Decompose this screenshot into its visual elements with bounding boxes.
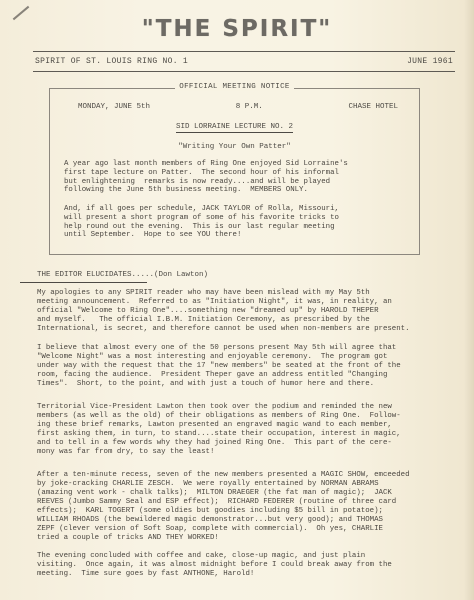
editor-paragraph: Territorial Vice-President Lawton then t…: [37, 403, 467, 457]
header-rule-top: [33, 51, 455, 52]
lecture-title: SID LORRAINE LECTURE NO. 2: [50, 123, 419, 131]
newsletter-page: "THE SPIRIT" SPIRIT OF ST. LOUIS RING NO…: [0, 0, 474, 600]
notice-title-text: OFFICIAL MEETING NOTICE: [175, 83, 293, 91]
issue-date: JUNE 1961: [407, 57, 453, 66]
editor-paragraph: My apologies to any SPIRIT reader who ma…: [37, 289, 467, 334]
meeting-day: MONDAY, JUNE 5th: [78, 103, 150, 111]
ring-name: SPIRIT OF ST. LOUIS RING NO. 1: [35, 57, 188, 66]
editor-heading-underline: [20, 282, 147, 283]
lecture-subtitle: "Writing Your Own Patter": [50, 143, 419, 151]
notice-paragraph: And, if all goes per schedule, JACK TAYL…: [64, 205, 409, 240]
lecture-title-text: SID LORRAINE LECTURE NO. 2: [176, 123, 293, 133]
notice-paragraph: A year ago last month members of Ring On…: [64, 160, 409, 195]
meeting-time: 8 P.M.: [236, 103, 263, 111]
page-edge-shadow: [464, 0, 474, 600]
subhead: SPIRIT OF ST. LOUIS RING NO. 1 JUNE 1961: [35, 57, 453, 66]
notice-title: OFFICIAL MEETING NOTICE: [50, 83, 419, 91]
masthead-title: "THE SPIRIT": [0, 16, 474, 42]
editor-paragraph: After a ten-minute recess, seven of the …: [37, 471, 467, 543]
meeting-notice-box: OFFICIAL MEETING NOTICE MONDAY, JUNE 5th…: [49, 88, 420, 255]
meeting-details: MONDAY, JUNE 5th 8 P.M. CHASE HOTEL: [78, 103, 398, 111]
header-rule-bottom: [33, 71, 455, 72]
editor-heading: THE EDITOR ELUCIDATES.....(Don Lawton): [37, 271, 208, 279]
editor-paragraph: The evening concluded with coffee and ca…: [37, 552, 467, 579]
editor-paragraph: I believe that almost every one of the 5…: [37, 344, 467, 389]
meeting-place: CHASE HOTEL: [348, 103, 398, 111]
